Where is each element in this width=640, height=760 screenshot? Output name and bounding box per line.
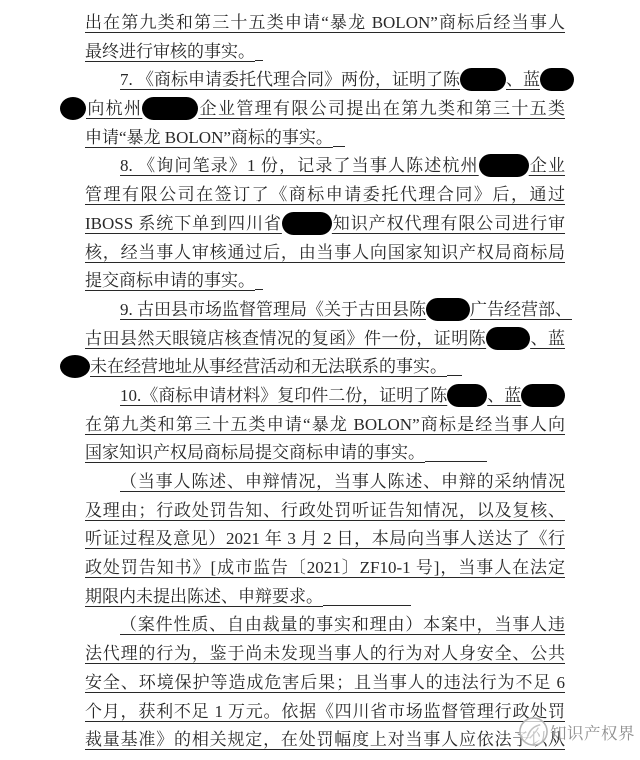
- line-text: 企业管理有限公司提出在第九类和第三十五类: [198, 99, 565, 118]
- line-text: 古田县然天眼镜店核查情况的复函》件一份，证明陈: [85, 329, 486, 348]
- underline-tail: [425, 457, 487, 462]
- underline-tail: [447, 371, 462, 376]
- document-line: 9. 古田县市场监督管理局《关于古田县陈广告经营部、: [85, 296, 565, 325]
- line-text: 个月，获利不足 1 万元。依据《四川省市场监督管理行政处罚: [85, 702, 565, 721]
- watermark-text: 知识产权界: [550, 720, 635, 744]
- redaction-mark: [60, 97, 86, 120]
- document-line: 在第九类和第三十五类申请“暴龙 BOLON”商标是经当事人向: [85, 411, 565, 440]
- line-text: 提交商标申请的事实。: [85, 271, 255, 290]
- document-line: 7. 《商标申请委托代理合同》两份，证明了陈、蓝: [85, 66, 565, 95]
- document-line: 期限内未提出陈述、申辩要求。: [85, 583, 565, 612]
- line-text: 裁量基准》的相关规定，在处罚幅度上对当事人应依法予以从: [85, 730, 565, 749]
- line-text: 、蓝: [506, 70, 540, 89]
- document-line: 核，经当事人审核通过后，由当事人向国家知识产权局商标局: [85, 239, 565, 268]
- redaction-mark: [540, 68, 574, 91]
- document-line: 听证过程及意见）2021 年 3 月 2 日，本局向当事人送达了《行: [85, 525, 565, 554]
- line-text: 、蓝: [487, 386, 521, 405]
- document-line: （案件性质、自由裁量的事实和理由）本案中，当事人违: [85, 611, 565, 640]
- document-line: 未在经营地址从事经营活动和无法联系的事实。: [85, 353, 565, 382]
- redaction-mark: [521, 384, 565, 407]
- line-text: 安全、环境保护等造成危害后果；且当事人的违法行为不足 6: [85, 673, 565, 692]
- document-line: 国家知识产权局商标局提交商标申请的事实。: [85, 439, 565, 468]
- line-text: 期限内未提出陈述、申辩要求。: [85, 587, 323, 606]
- line-text: IBOSS 系统下单到四川省: [85, 214, 282, 233]
- line-text: 及理由；行政处罚告知、行政处罚听证告知情况，以及复核、: [85, 501, 565, 520]
- redaction-mark: [447, 384, 487, 407]
- document-line: 申请“暴龙 BOLON”商标的事实。: [85, 124, 565, 153]
- underline-tail: [255, 56, 263, 61]
- redaction-mark: [486, 327, 530, 350]
- redaction-mark: [479, 154, 529, 177]
- line-text: 出在第九类和第三十五类申请“暴龙 BOLON”商标后经当事人: [85, 13, 565, 32]
- document-line: 最终进行审核的事实。: [85, 38, 565, 67]
- line-text: 、蓝: [530, 329, 565, 348]
- document-line: IBOSS 系统下单到四川省知识产权代理有限公司进行审: [85, 210, 565, 239]
- scanned-document-page: 出在第九类和第三十五类申请“暴龙 BOLON”商标后经当事人最终进行审核的事实。…: [0, 0, 640, 760]
- text-column: 出在第九类和第三十五类申请“暴龙 BOLON”商标后经当事人最终进行审核的事实。…: [85, 9, 565, 755]
- document-line: 管理有限公司在签订了《商标申请委托代理合同》后，通过: [85, 181, 565, 210]
- line-text: 9. 古田县市场监督管理局《关于古田县陈: [120, 300, 426, 319]
- line-text: 政处罚告知书》[成市监告〔2021〕ZF10-1 号]，当事人在法定: [85, 558, 565, 577]
- document-line: 10.《商标申请材料》复印件二份，证明了陈、蓝: [85, 382, 565, 411]
- line-text: 法代理的行为，鉴于尚未发现当事人的行为对人身安全、公共: [85, 644, 565, 663]
- document-line: 个月，获利不足 1 万元。依据《四川省市场监督管理行政处罚: [85, 698, 565, 727]
- document-line: 出在第九类和第三十五类申请“暴龙 BOLON”商标后经当事人: [85, 9, 565, 38]
- line-text: 在第九类和第三十五类申请“暴龙 BOLON”商标是经当事人向: [85, 415, 565, 434]
- underline-tail: [333, 142, 345, 147]
- line-text: 听证过程及意见）2021 年 3 月 2 日，本局向当事人送达了《行: [85, 529, 565, 548]
- document-line: （当事人陈述、申辩情况，当事人陈述、申辩的采纳情况: [85, 468, 565, 497]
- line-text: 申请“暴龙 BOLON”商标的事实。: [85, 128, 333, 147]
- document-line: 提交商标申请的事实。: [85, 267, 565, 296]
- redaction-mark: [282, 212, 332, 235]
- redaction-mark: [142, 97, 198, 120]
- line-text: 向杭州: [86, 99, 142, 118]
- line-text: 知识产权代理有限公司进行审: [332, 214, 565, 233]
- line-text: 管理有限公司在签订了《商标申请委托代理合同》后，通过: [85, 185, 565, 204]
- document-line: 8. 《询问笔录》1 份，记录了当事人陈述杭州企业: [85, 152, 565, 181]
- line-text: （案件性质、自由裁量的事实和理由）本案中，当事人违: [120, 615, 565, 634]
- redaction-mark: [60, 355, 90, 378]
- redaction-mark: [426, 298, 470, 321]
- document-line: 法代理的行为，鉴于尚未发现当事人的行为对人身安全、公共: [85, 640, 565, 669]
- line-text: 广告经营部、: [470, 300, 572, 319]
- line-text: 最终进行审核的事实。: [85, 42, 255, 61]
- line-text: 7. 《商标申请委托代理合同》两份，证明了陈: [120, 70, 460, 89]
- document-line: 裁量基准》的相关规定，在处罚幅度上对当事人应依法予以从: [85, 726, 565, 755]
- line-text: 国家知识产权局商标局提交商标申请的事实。: [85, 443, 425, 462]
- line-text: 未在经营地址从事经营活动和无法联系的事实。: [90, 357, 447, 376]
- document-line: 及理由；行政处罚告知、行政处罚听证告知情况，以及复核、: [85, 497, 565, 526]
- document-line: 安全、环境保护等造成危害后果；且当事人的违法行为不足 6: [85, 669, 565, 698]
- redaction-mark: [460, 68, 506, 91]
- watermark-logo-icon: [518, 716, 549, 747]
- line-text: 企业: [529, 156, 565, 175]
- line-text: 10.《商标申请材料》复印件二份，证明了陈: [120, 386, 447, 405]
- document-line: 政处罚告知书》[成市监告〔2021〕ZF10-1 号]，当事人在法定: [85, 554, 565, 583]
- line-text: （当事人陈述、申辩情况，当事人陈述、申辩的采纳情况: [120, 472, 565, 491]
- underline-tail: [255, 285, 263, 290]
- line-text: 8. 《询问笔录》1 份，记录了当事人陈述杭州: [120, 156, 479, 175]
- line-text: 核，经当事人审核通过后，由当事人向国家知识产权局商标局: [85, 243, 565, 262]
- underline-tail: [323, 601, 411, 606]
- document-line: 向杭州企业管理有限公司提出在第九类和第三十五类: [85, 95, 565, 124]
- watermark: 知识产权界: [518, 716, 635, 747]
- document-line: 古田县然天眼镜店核查情况的复函》件一份，证明陈、蓝: [85, 325, 565, 354]
